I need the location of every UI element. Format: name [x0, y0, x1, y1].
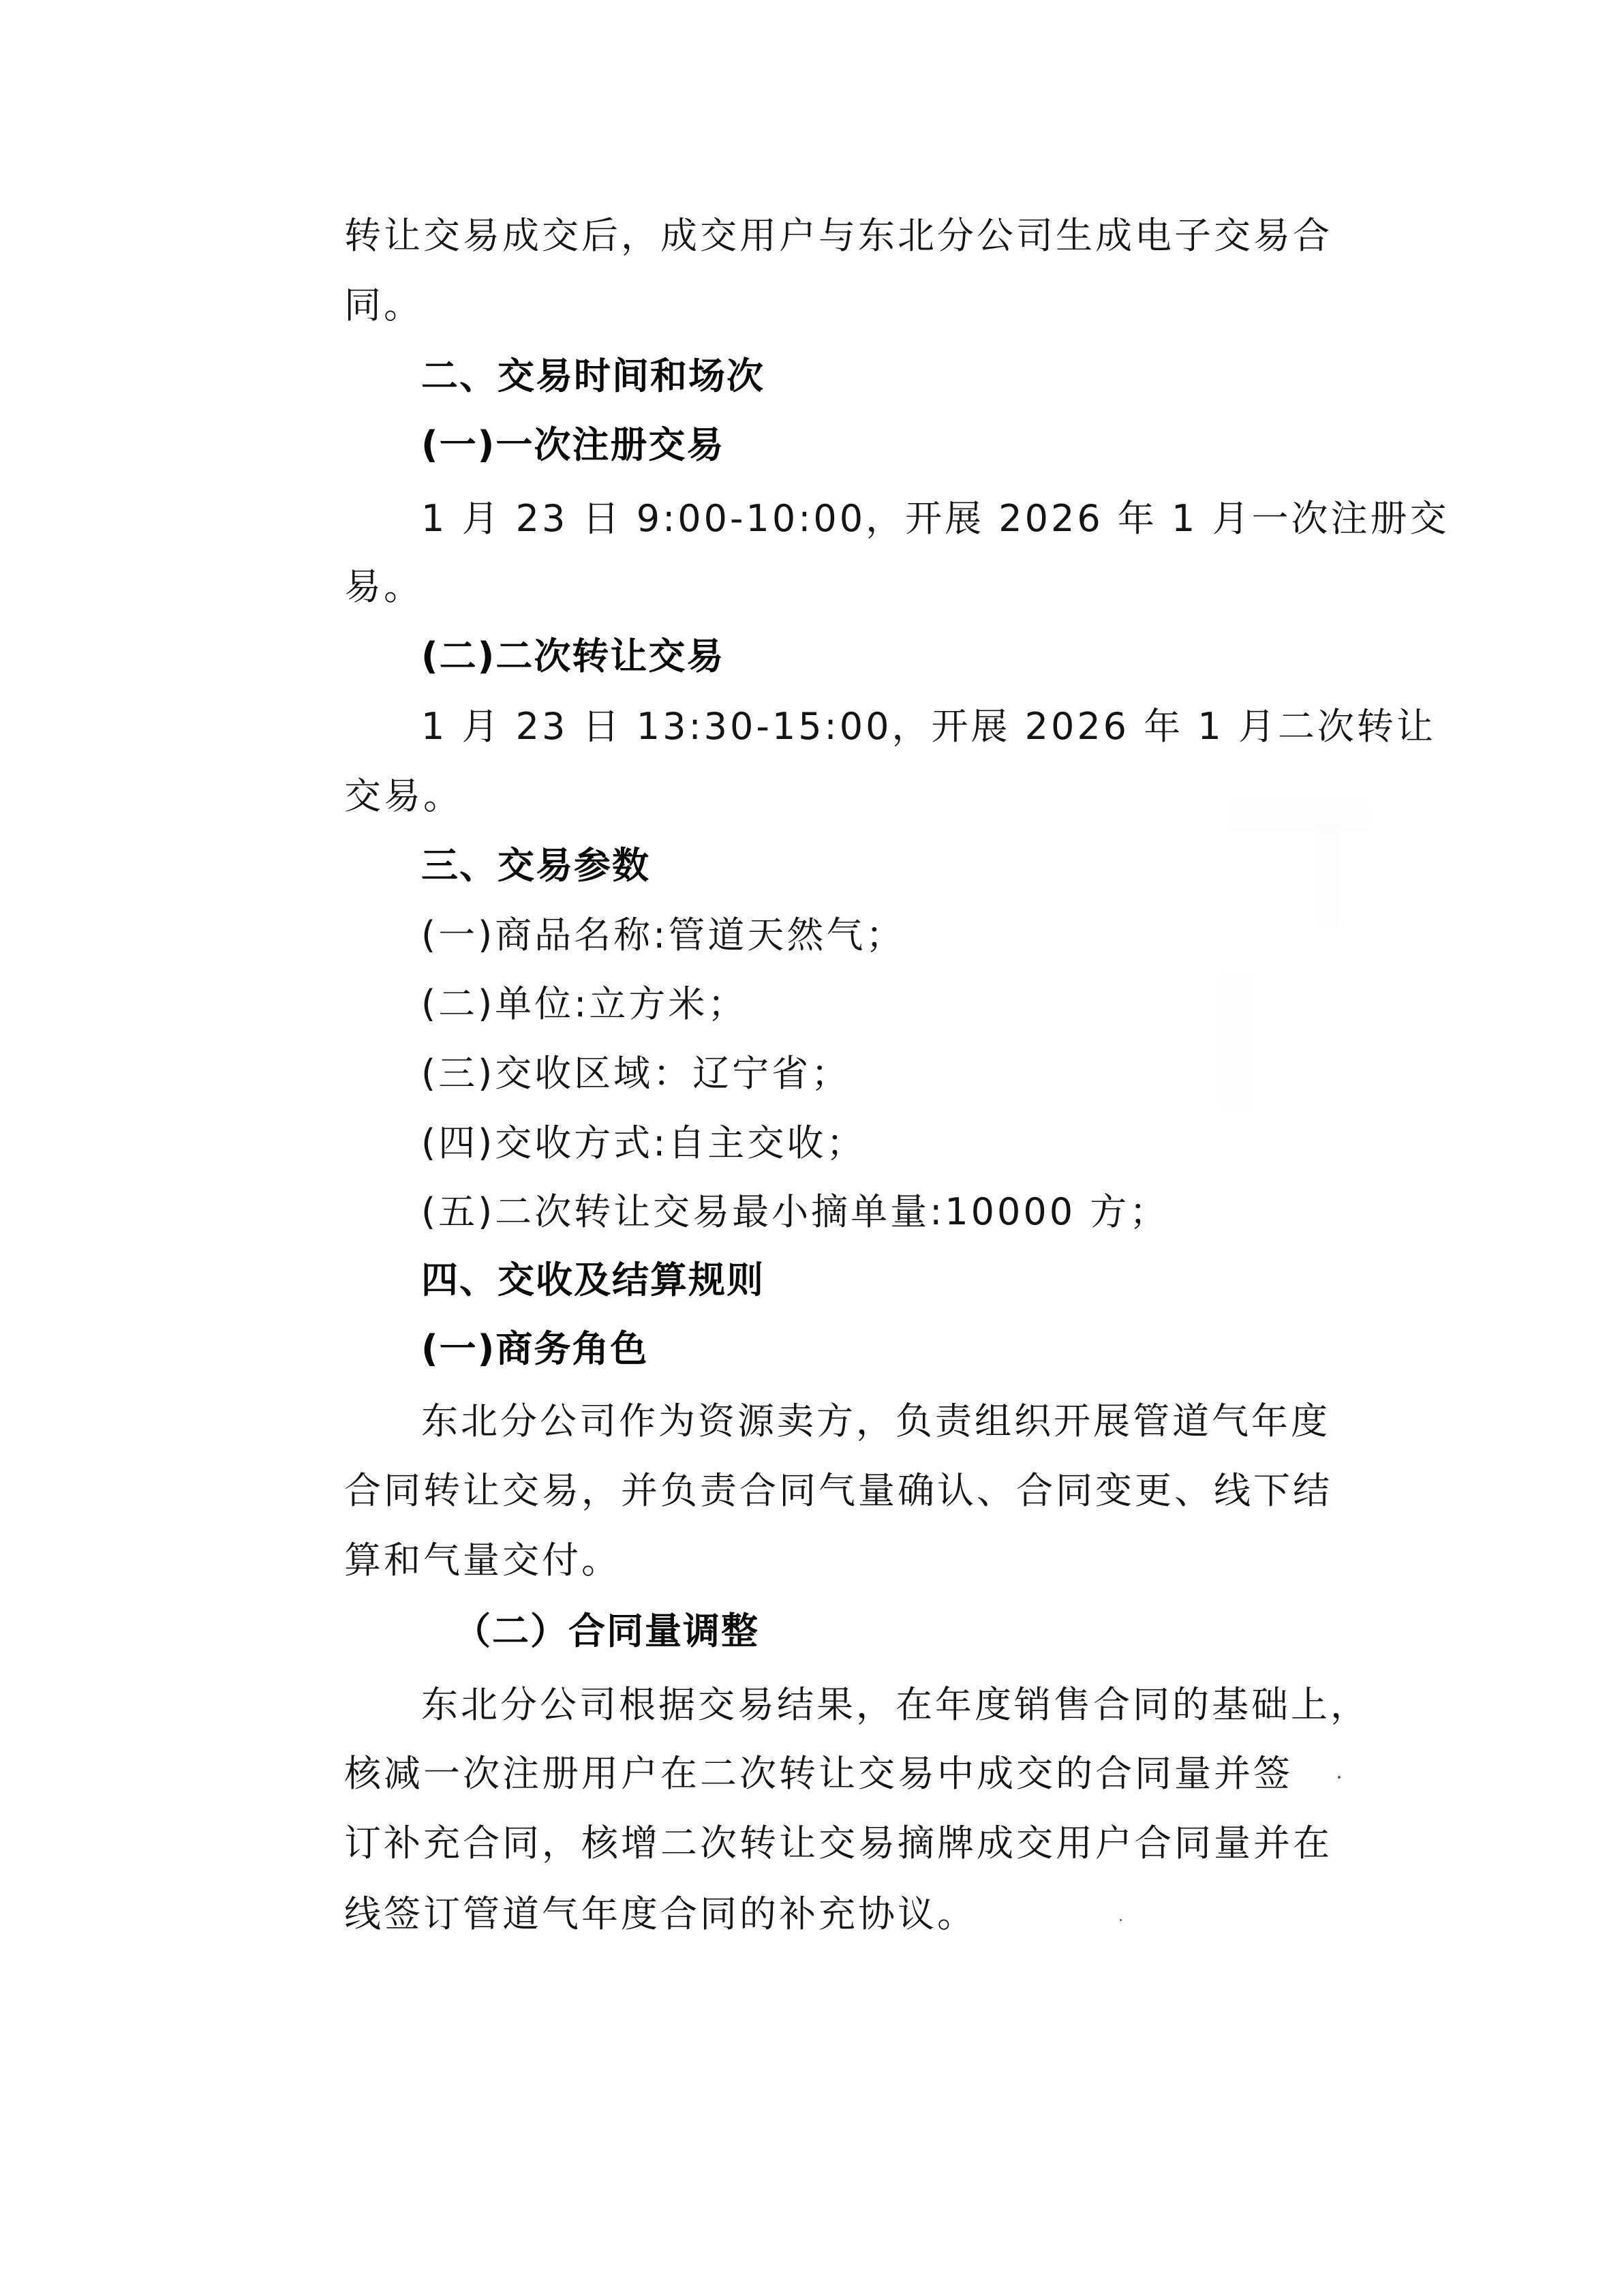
scan-speck: [1120, 1919, 1122, 1921]
parameter-item-commodity: (一)商品名称:管道天然气；: [421, 911, 1389, 959]
body-line: 线签订管道气年度合同的补充协议。: [344, 1890, 1312, 1938]
scan-speck: [1338, 1776, 1341, 1779]
document-page: 转让交易成交后，成交用户与东北分公司生成电子交易合 同。 二、交易时间和场次 (…: [0, 0, 1622, 2296]
body-line: 交易。: [344, 772, 1312, 820]
body-line: 1 月 23 日 9:00-10:00，开展 2026 年 1 月一次注册交: [421, 495, 1389, 543]
sub-heading-secondary-transfer: (二)二次转让交易: [421, 633, 1389, 680]
body-line: 核减一次注册用户在二次转让交易中成交的合同量并签: [344, 1750, 1312, 1798]
parameter-item-minimum-lot: (五)二次转让交易最小摘单量:10000 方；: [421, 1188, 1389, 1236]
section-heading-settlement-rules: 四、交收及结算规则: [421, 1256, 1389, 1304]
body-line: 转让交易成交后，成交用户与东北分公司生成电子交易合: [344, 212, 1312, 260]
body-line: 易。: [344, 563, 1312, 611]
sub-heading-business-roles: (一)商务角色: [421, 1325, 1389, 1373]
section-heading-trading-parameters: 三、交易参数: [421, 842, 1389, 890]
sub-heading-primary-registration: (一)一次注册交易: [421, 421, 1389, 469]
scan-artifact: [1220, 975, 1254, 1111]
parameter-item-delivery-method: (四)交收方式:自主交收；: [421, 1119, 1389, 1167]
section-heading-trading-time: 二、交易时间和场次: [421, 352, 1389, 400]
body-line: 订补充合同，核增二次转让交易摘牌成交用户合同量并在: [344, 1819, 1312, 1867]
body-line: 1 月 23 日 13:30-15:00，开展 2026 年 1 月二次转让: [421, 703, 1389, 751]
body-line: 合同转让交易，并负责合同气量确认、合同变更、线下结: [344, 1467, 1312, 1515]
scan-artifact: [1227, 798, 1370, 832]
body-line: 同。: [344, 282, 1312, 329]
scan-artifact: [1315, 825, 1339, 927]
body-line: 东北分公司作为资源卖方，负责组织开展管道气年度: [421, 1398, 1389, 1445]
body-line: 算和气量交付。: [344, 1537, 1312, 1584]
sub-heading-contract-volume-adjustment: （二）合同量调整: [454, 1607, 1422, 1655]
body-line: 东北分公司根据交易结果，在年度销售合同的基础上，: [421, 1681, 1389, 1729]
